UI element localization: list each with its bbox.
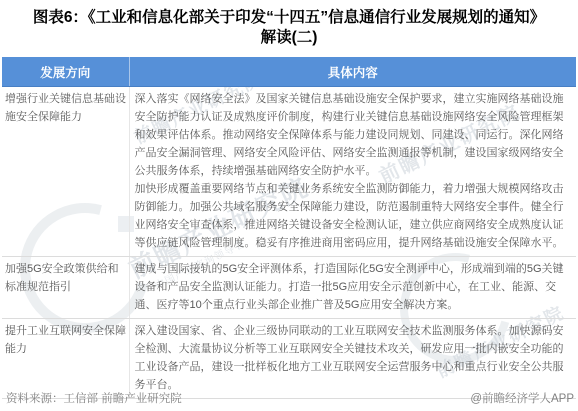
direction-cell: 提升工业互联网安全保障能力 [2,319,129,399]
direction-cell: 增强行业关键信息基础设施安全保障能力 [2,87,129,257]
source-note: 资料来源：工信部 前瞻产业研究院 [6,390,182,406]
credit-note: @前瞻经济学人APP [470,390,574,406]
header-specific-content: 具体内容 [129,57,576,87]
content-cell: 深入建设国家、省、企业三级协同联动的工业互联网安全技术监测服务体系。加快源码安全… [129,319,576,399]
direction-cell: 加强5G安全政策供给和标准规范指引 [2,257,129,319]
content-cell: 深入落实《网络安全法》及国家关键信息基础设施安全保护要求，建立实施网络基础设施安… [129,87,576,257]
content-paragraph: 深入落实《网络安全法》及国家关键信息基础设施安全保护要求，建立实施网络基础设施安… [135,90,572,180]
figure-footer: 资料来源：工信部 前瞻产业研究院 @前瞻经济学人APP [6,390,574,406]
content-paragraph: 加快形成覆盖重要网络节点和关键业务系统安全监测防御能力，着力增强大规模网络攻击防… [135,180,572,252]
table-row-5g-security: 加强5G安全政策供给和标准规范指引 建成与国际接轨的5G安全评测体系，打造国际化… [2,257,576,319]
table-row-critical-infrastructure: 增强行业关键信息基础设施安全保障能力 深入落实《网络安全法》及国家关键信息基础设… [2,87,576,257]
policy-table: 发展方向 具体内容 增强行业关键信息基础设施安全保障能力 深入落实《网络安全法》… [2,57,576,399]
content-paragraph: 深入建设国家、省、企业三级协同联动的工业互联网安全技术监测服务体系。加快源码安全… [135,322,572,394]
table-header-row: 发展方向 具体内容 [2,57,576,87]
figure-page: 前瞻产业研究院 中国产业咨询领导者 前瞻产业研究院 前瞻产业研究院 前瞻产业研究… [0,8,578,411]
content-paragraph: 建成与国际接轨的5G安全评测体系，打造国际化5G安全测评中心，形成端到端的5G关… [135,260,572,314]
content-cell: 建成与国际接轨的5G安全评测体系，打造国际化5G安全测评中心，形成端到端的5G关… [129,257,576,319]
table-row-industrial-internet: 提升工业互联网安全保障能力 深入建设国家、省、企业三级协同联动的工业互联网安全技… [2,319,576,399]
header-development-direction: 发展方向 [2,57,129,87]
figure-title: 图表6：《工业和信息化部关于印发“十四五”信息通信行业发展规划的通知》解读(二) [0,8,578,48]
